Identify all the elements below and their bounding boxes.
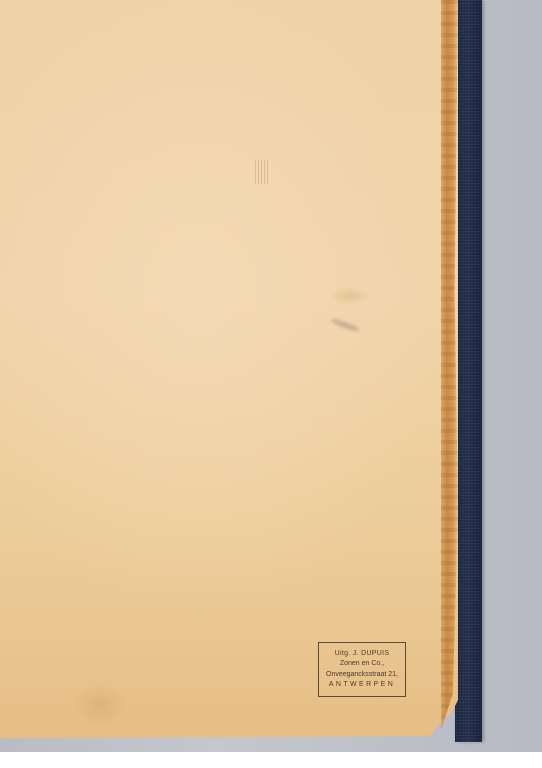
stamp-address-line: Onveegancksstraat 21, [319,670,405,681]
back-cover-page [0,0,458,738]
publisher-stamp: Uitg. J. DUPUIS Zonen en Co., Onveeganck… [318,642,406,697]
stamp-publisher-line: Uitg. J. DUPUIS [319,649,405,660]
book-spine-cloth [455,0,482,742]
pencil-mark [255,160,269,184]
stamp-company-line: Zonen en Co., [319,659,405,670]
stamp-city-line: ANTWERPEN [319,680,405,691]
